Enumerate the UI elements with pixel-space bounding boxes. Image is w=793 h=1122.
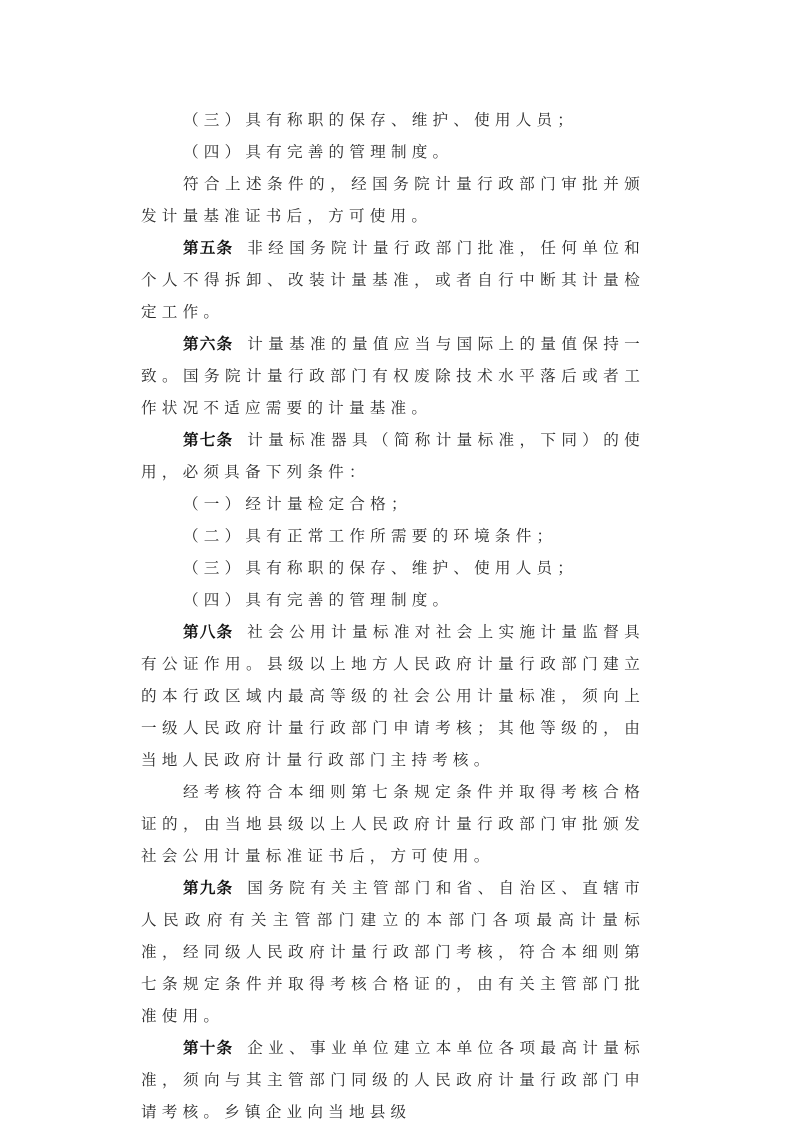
article-label: 第六条 bbox=[183, 334, 233, 353]
article-6: 第六条计量基准的量值应当与国际上的量值保持一致。国务院计量行政部门有权废除技术水… bbox=[141, 328, 645, 424]
paragraph: 经考核符合本细则第七条规定条件并取得考核合格证的，由当地县级以上人民政府计量行政… bbox=[141, 776, 645, 872]
condition-item-4: （四）具有完善的管理制度。 bbox=[141, 136, 645, 168]
article-7: 第七条计量标准器具（简称计量标准，下同）的使用，必须具备下列条件： bbox=[141, 424, 645, 488]
article-text: 社会公用计量标准对社会上实施计量监督具有公证作用。县级以上地方人民政府计量行政部… bbox=[141, 623, 645, 769]
paragraph: 符合上述条件的，经国务院计量行政部门审批并颁发计量基准证书后，方可使用。 bbox=[141, 168, 645, 232]
condition-item-3: （三）具有称职的保存、维护、使用人员； bbox=[141, 552, 645, 584]
article-10: 第十条企业、事业单位建立本单位各项最高计量标准，须向与其主管部门同级的人民政府计… bbox=[141, 1032, 645, 1122]
condition-item-4: （四）具有完善的管理制度。 bbox=[141, 584, 645, 616]
condition-item-3: （三）具有称职的保存、维护、使用人员； bbox=[141, 104, 645, 136]
article-label: 第五条 bbox=[183, 238, 233, 257]
article-5: 第五条非经国务院计量行政部门批准，任何单位和个人不得拆卸、改装计量基准，或者自行… bbox=[141, 232, 645, 328]
condition-item-1: （一）经计量检定合格； bbox=[141, 488, 645, 520]
article-8: 第八条社会公用计量标准对社会上实施计量监督具有公证作用。县级以上地方人民政府计量… bbox=[141, 616, 645, 776]
article-label: 第八条 bbox=[183, 622, 233, 641]
article-label: 第十条 bbox=[183, 1038, 233, 1057]
article-label: 第九条 bbox=[183, 878, 233, 897]
article-label: 第七条 bbox=[183, 430, 233, 449]
document-page: （三）具有称职的保存、维护、使用人员； （四）具有完善的管理制度。 符合上述条件… bbox=[141, 104, 645, 1122]
article-text: 国务院有关主管部门和省、自治区、直辖市人民政府有关主管部门建立的本部门各项最高计… bbox=[141, 879, 645, 1025]
condition-item-2: （二）具有正常工作所需要的环境条件； bbox=[141, 520, 645, 552]
article-9: 第九条国务院有关主管部门和省、自治区、直辖市人民政府有关主管部门建立的本部门各项… bbox=[141, 872, 645, 1032]
